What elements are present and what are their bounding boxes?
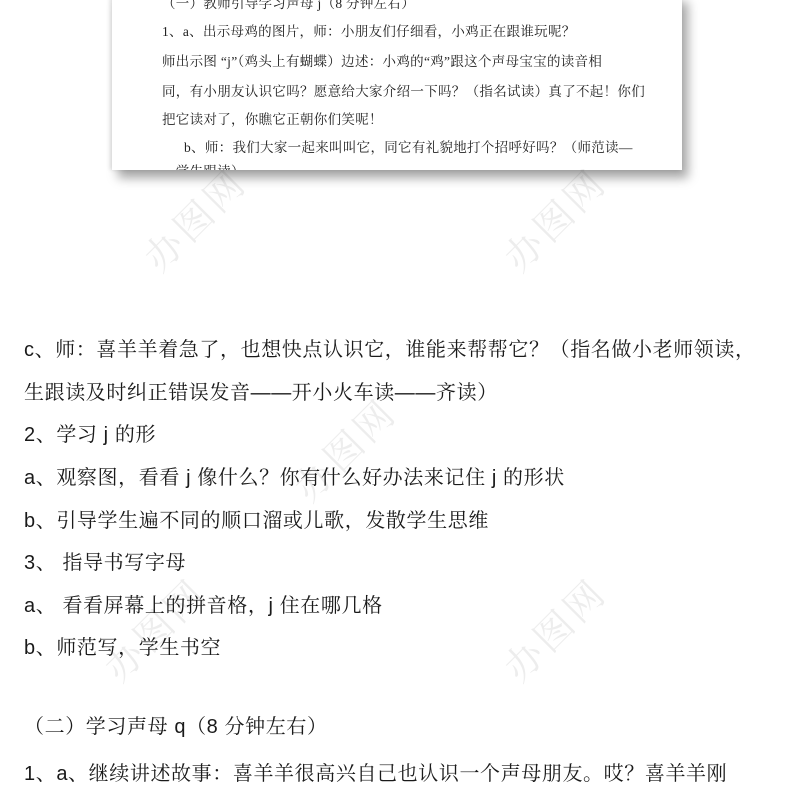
- body-text-line: b、师范写，学生书空: [24, 631, 221, 660]
- card-text-line: 1、a、出示母鸡的图片，师：小朋友们仔细看，小鸡正在跟谁玩呢？: [162, 20, 576, 40]
- body-text-line: a、 看看屏幕上的拼音格，j 住在哪几格: [24, 589, 383, 618]
- watermark: 办图网: [89, 564, 217, 692]
- embedded-page-image: （一）教师引导学习声母 j（8 分钟左右） 1、a、出示母鸡的图片，师：小朋友们…: [112, 0, 682, 170]
- body-text-line: c、师：喜羊羊着急了，也想快点认识它，谁能来帮帮它？（指名做小老师领读，: [24, 333, 756, 362]
- card-text-line: —学生跟读）: [162, 160, 245, 170]
- watermark: 办图网: [489, 564, 617, 692]
- body-text-line: 1、a、继续讲述故事：喜羊羊很高兴自己也认识一个声母朋友。哎？喜羊羊刚: [24, 757, 727, 786]
- section-heading-1: （一）教师引导学习声母 j（8 分钟左右）: [162, 0, 415, 12]
- body-text-line: 2、学习 j 的形: [24, 418, 156, 447]
- card-text-line: 把它读对了，你瞧它正朝你们笑呢！: [162, 108, 383, 128]
- card-text-line: 师出示图 “j”（鸡头上有蝴蝶）边述：小鸡的“鸡”跟这个声母宝宝的读音相: [162, 50, 602, 70]
- body-text-line: a、观察图，看看 j 像什么？你有什么好办法来记住 j 的形状: [24, 461, 565, 490]
- body-text-line: 3、 指导书写字母: [24, 546, 186, 575]
- card-text-line: 同，有小朋友认识它吗？愿意给大家介绍一下吗？（指名试读）真了不起！你们: [162, 80, 645, 100]
- watermark: 办图网: [489, 154, 617, 282]
- body-text-line: b、引导学生遍不同的顺口溜或儿歌，发散学生思维: [24, 504, 489, 533]
- card-text-line: b、师：我们大家一起来叫叫它，同它有礼貌地打个招呼好吗？（师范读—: [184, 136, 633, 156]
- body-text-line: 生跟读及时纠正错误发音——开小火车读——齐读）: [24, 376, 498, 405]
- section-heading-2: （二）学习声母 q（8 分钟左右）: [24, 710, 328, 739]
- watermark: 办图网: [129, 154, 257, 282]
